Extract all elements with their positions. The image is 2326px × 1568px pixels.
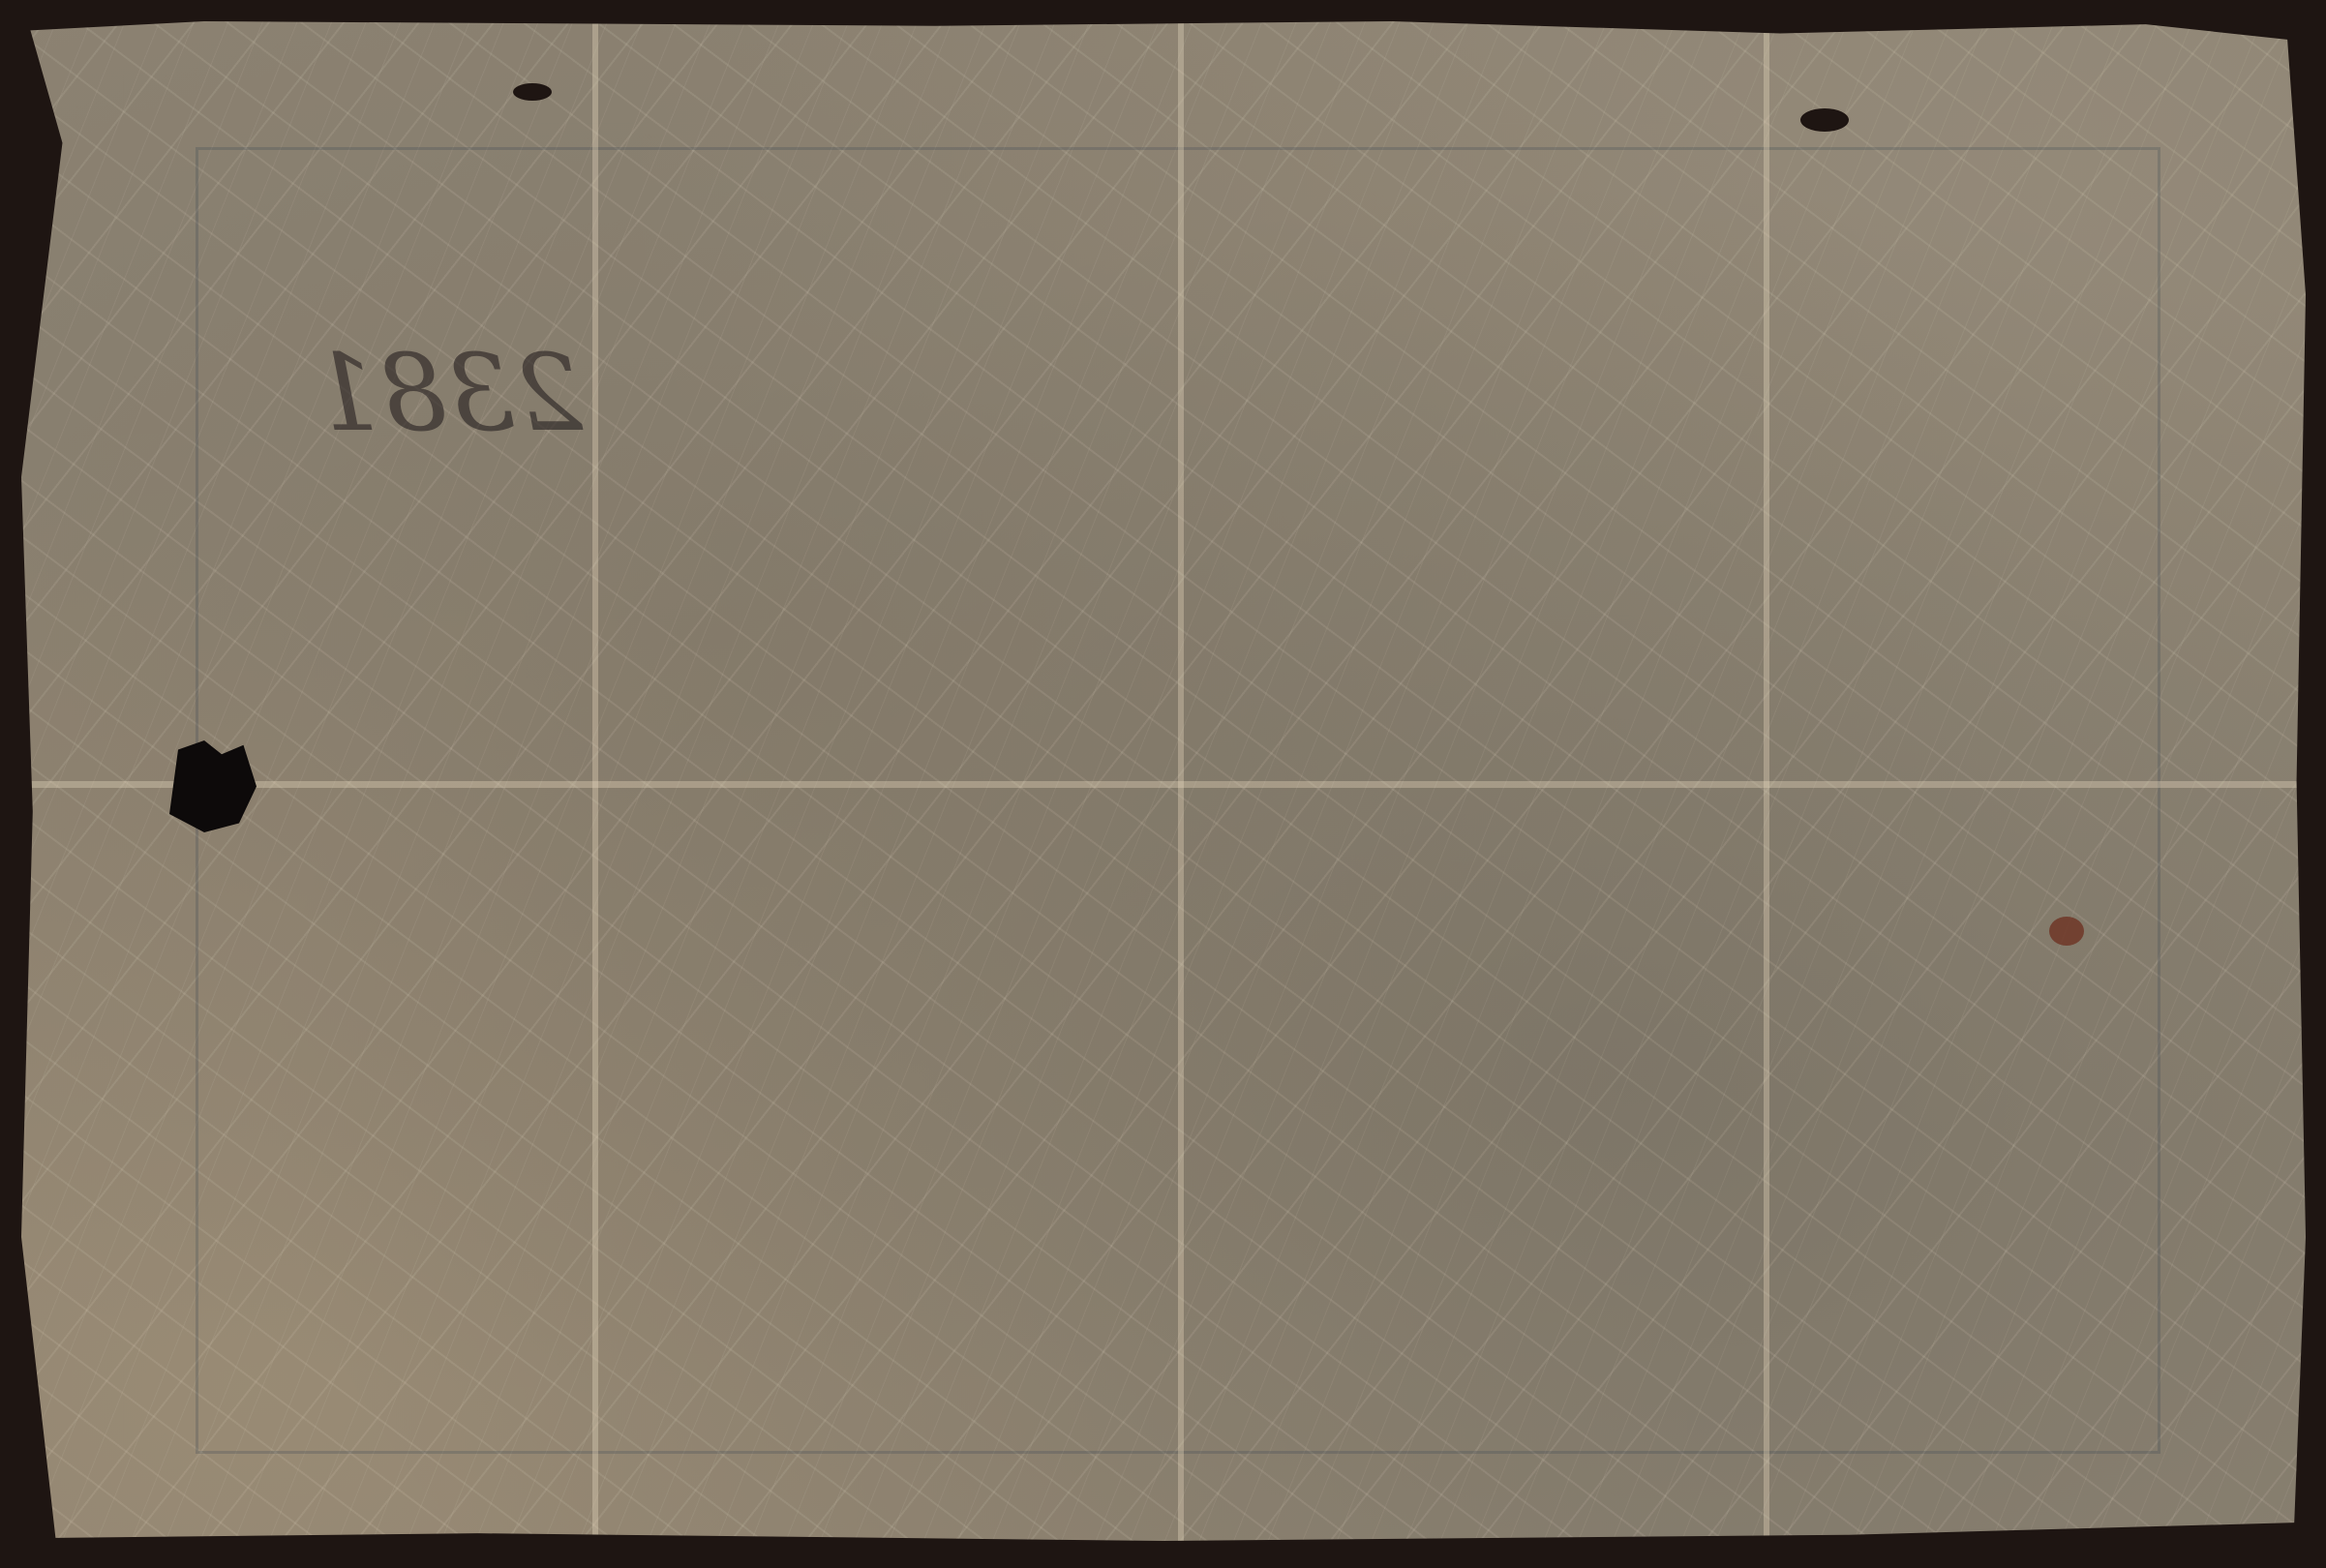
serial-number-mirrored: 2381 xyxy=(312,331,583,455)
pin-hole xyxy=(1800,108,1849,132)
stain xyxy=(2049,917,2084,946)
banknote: 2381 xyxy=(21,21,2306,1541)
pin-hole xyxy=(513,83,552,101)
fold-crease xyxy=(21,781,2306,788)
